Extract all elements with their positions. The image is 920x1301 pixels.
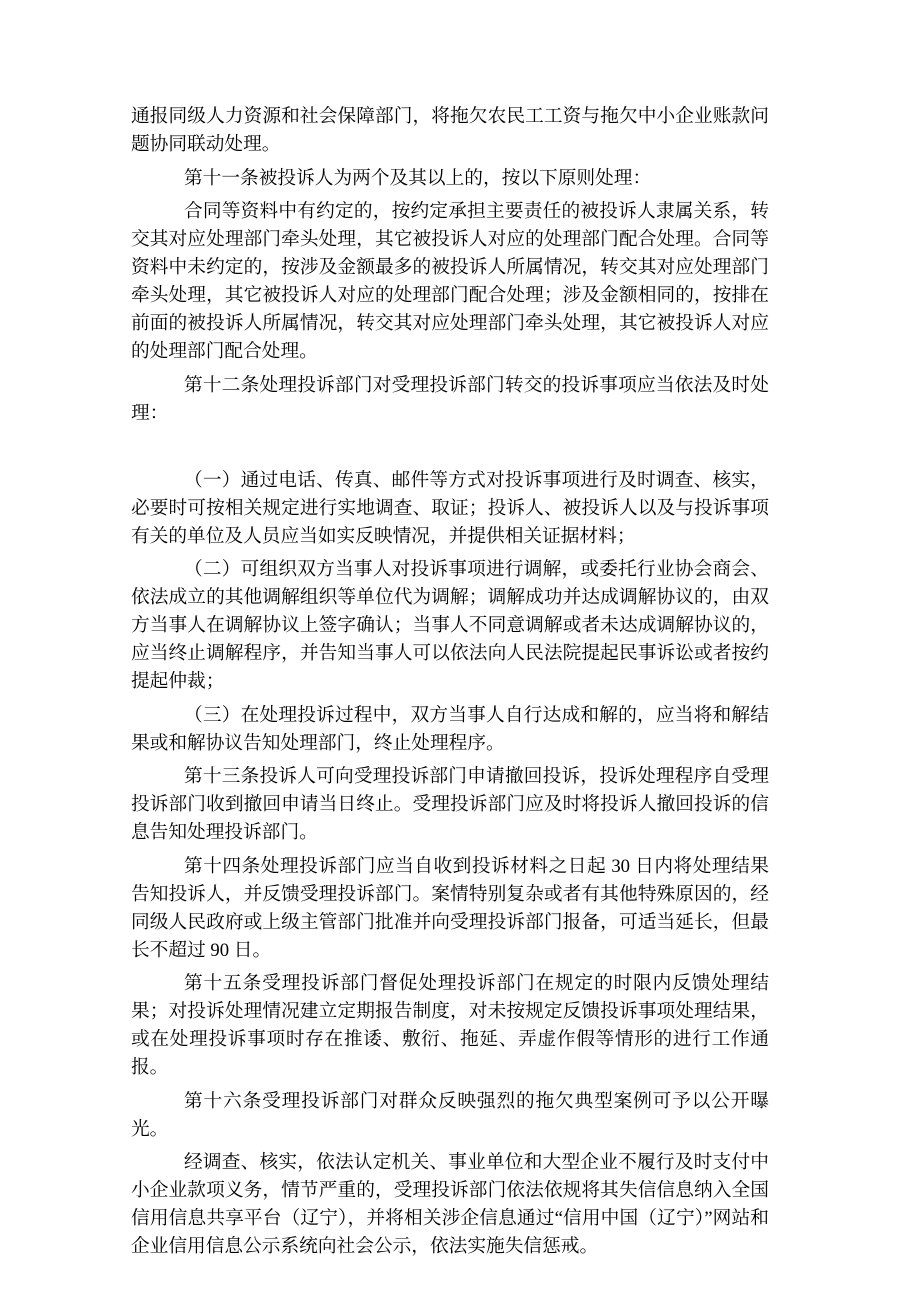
paragraph-article-16-body: 经调查、核实，依法认定机关、事业单位和大型企业不履行及时支付中小企业款项义务，情… — [131, 1149, 769, 1261]
paragraph-article-15: 第十五条受理投诉部门督促处理投诉部门在规定的时限内反馈处理结果；对投诉处理情况建… — [131, 970, 769, 1082]
paragraph-article-12: 第十二条处理投诉部门对受理投诉部门转交的投诉事项应当依法及时处理： — [131, 372, 769, 428]
paragraph-item-3: （三）在处理投诉过程中，双方当事人自行达成和解的，应当将和解结果或和解协议告知处… — [131, 702, 769, 758]
document-body: 通报同级人力资源和社会保障部门，将拖欠农民工工资与拖欠中小企业账款问题协同联动处… — [131, 103, 769, 1267]
blank-line — [131, 433, 769, 461]
document-page: 通报同级人力资源和社会保障部门，将拖欠农民工工资与拖欠中小企业账款问题协同联动处… — [0, 0, 920, 1301]
paragraph-continuation: 通报同级人力资源和社会保障部门，将拖欠农民工工资与拖欠中小企业账款问题协同联动处… — [131, 103, 769, 159]
paragraph-article-11-body: 合同等资料中有约定的，按约定承担主要责任的被投诉人隶属关系，转交其对应处理部门牵… — [131, 198, 769, 366]
paragraph-article-14: 第十四条处理投诉部门应当自收到投诉材料之日起 30 日内将处理结果告知投诉人，并… — [131, 853, 769, 965]
paragraph-article-11: 第十一条被投诉人为两个及其以上的，按以下原则处理： — [131, 165, 769, 193]
paragraph-article-13: 第十三条投诉人可向受理投诉部门申请撤回投诉，投诉处理程序自受理投诉部门收到撤回申… — [131, 763, 769, 847]
paragraph-item-1: （一）通过电话、传真、邮件等方式对投诉事项进行及时调查、核实，必要时可按相关规定… — [131, 467, 769, 551]
paragraph-article-16: 第十六条受理投诉部门对群众反映强烈的拖欠典型案例可予以公开曝光。 — [131, 1088, 769, 1144]
paragraph-item-2: （二）可组织双方当事人对投诉事项进行调解，或委托行业协会商会、依法成立的其他调解… — [131, 556, 769, 696]
